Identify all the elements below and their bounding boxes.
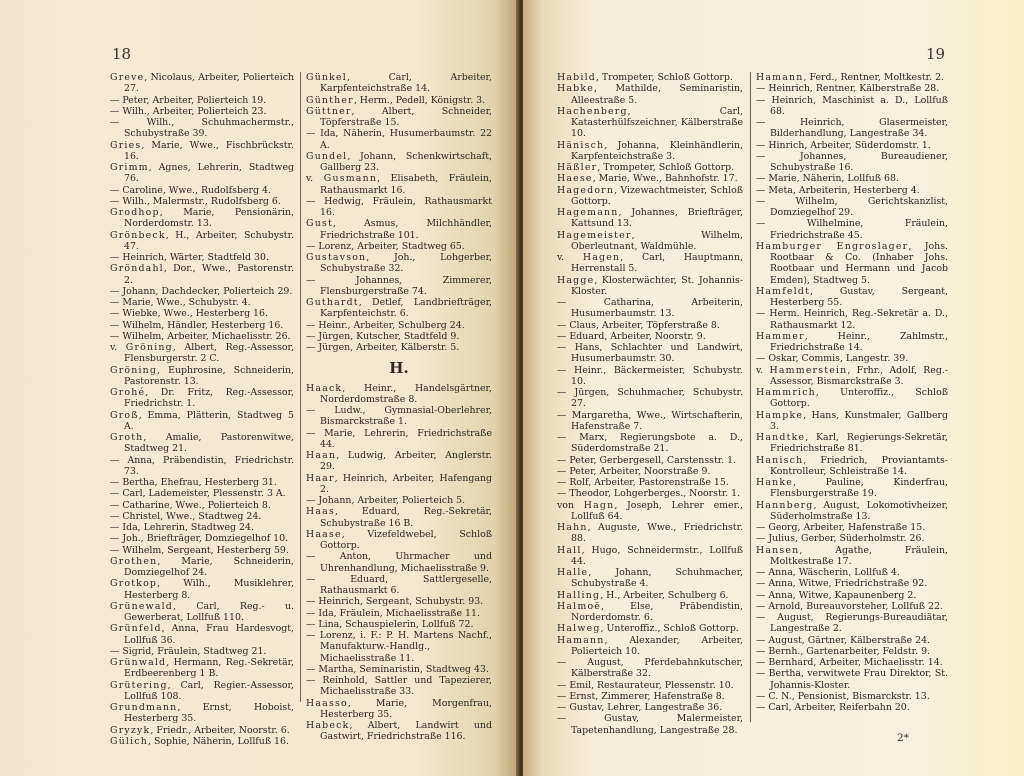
directory-entry: — Eduard, Arbeiter, Noorstr. 9.	[557, 331, 743, 342]
surname: Grönbeck	[110, 230, 166, 241]
directory-entry: — Oskar, Commis, Langestr. 39.	[756, 353, 948, 364]
directory-entry: — Hans, Schlachter und Landwirt, Husumer…	[557, 342, 743, 365]
surname: Hagge	[557, 275, 594, 286]
entry-details: Wilhelm, Sergeant, Hesterberg 59.	[122, 545, 289, 556]
directory-entry: — August, Pferdebahnkutscher, Kälberstra…	[557, 657, 743, 680]
repeat-dash: —	[756, 702, 768, 713]
signature-mark: 2*	[897, 732, 909, 744]
surname: Gryzyk	[110, 725, 150, 736]
surname: Haese	[557, 173, 593, 184]
directory-entry: Hamann, Ferd., Rentner, Moltkestr. 2.	[756, 72, 948, 83]
repeat-dash: —	[756, 173, 768, 184]
directory-entry: — Bertha, verwitwete Frau Direktor, St. …	[756, 668, 948, 691]
surname: Gries	[110, 140, 141, 151]
directory-entry: — Wilhelm, Händler, Hesterberg 16.	[110, 320, 294, 331]
surname: Handtke	[756, 432, 805, 443]
repeat-dash: —	[756, 668, 769, 679]
directory-entry: — Anna, Witwe, Friedrichstraße 92.	[756, 578, 948, 589]
directory-entry: Haan, Ludwig, Arbeiter, Anglerstr. 29.	[306, 450, 492, 473]
directory-entry: Haas, Eduard, Reg.-Sekretär, Schubystraß…	[306, 506, 492, 529]
surname: Hamann	[756, 72, 804, 83]
directory-entry: Grünewald, Carl, Reg.- u. Gewerberat, Lo…	[110, 601, 294, 624]
surname: Hammerstein	[769, 365, 847, 376]
surname: Hahn	[557, 522, 588, 533]
entry-details: Heinrich, Rentner, Kälberstraße 28.	[768, 83, 939, 94]
surname: Grütering	[110, 680, 168, 691]
surname: Hall	[557, 545, 582, 556]
repeat-dash: —	[756, 218, 807, 229]
directory-entry: — Ludw., Gymnasial-Oberlehrer, Bismarcks…	[306, 405, 492, 428]
repeat-dash: —	[756, 533, 768, 544]
repeat-dash: —	[306, 128, 320, 139]
directory-entry: — Wilhelm, Sergeant, Hesterberg 59.	[110, 545, 294, 556]
repeat-dash: —	[756, 646, 768, 657]
directory-entry: Grimm, Agnes, Lehrerin, Stadtweg 76.	[110, 162, 294, 185]
repeat-dash: —	[306, 664, 318, 675]
directory-entry: Gustavson, Joh., Lohgerber, Schubystraße…	[306, 252, 492, 275]
entry-details: Rolf, Arbeiter, Pastorenstraße 15.	[569, 477, 728, 488]
directory-entry: v. Hagen, Carl, Hauptmann, Herrenstall 5…	[557, 252, 743, 275]
entry-details: Hinrich, Arbeiter, Süderdomstr. 1.	[768, 140, 930, 151]
repeat-dash: —	[756, 590, 768, 601]
repeat-dash: —	[306, 574, 350, 585]
directory-entry: — Wilh., Malermstr., Rudolfsberg 6.	[110, 196, 294, 207]
directory-entry: Groth, Amalie, Pastorenwitwe, Stadtweg 2…	[110, 432, 294, 455]
directory-entry: Habild, Trompeter, Schloß Gottorp.	[557, 72, 743, 83]
repeat-dash: —	[557, 657, 587, 668]
surname: Hampke	[756, 410, 803, 421]
directory-entry: — Anton, Uhrmacher und Uhrenhandlung, Mi…	[306, 551, 492, 574]
entry-details: Heinrich, Wärter, Stadtfeld 30.	[122, 252, 269, 263]
entry-details: Claus, Arbeiter, Töpferstraße 8.	[569, 320, 720, 331]
entry-details: Oskar, Commis, Langestr. 39.	[768, 353, 908, 364]
surname: Grünwald	[110, 657, 166, 668]
surname: Haasso	[306, 698, 348, 709]
directory-entry: Hamann, Alexander, Arbeiter, Polierteich…	[557, 635, 743, 658]
entry-details: August, Pferdebahnkutscher, Kälberstraße…	[571, 657, 743, 679]
repeat-dash: —	[557, 387, 574, 398]
entry-details: Marx, Regierungsbote a. D., Süderdomstra…	[571, 432, 743, 454]
directory-entry: — Rolf, Arbeiter, Pastorenstraße 15.	[557, 477, 743, 488]
entry-details: Reinhold, Sattler und Tapezierer, Michae…	[320, 675, 492, 697]
surname: Hamfeldt	[756, 286, 810, 297]
directory-entry: — Heinrich, Wärter, Stadtfeld 30.	[110, 252, 294, 263]
surname: Hansen	[756, 545, 799, 556]
surname: Haack	[306, 383, 342, 394]
directory-entry: — Ida, Fräulein, Michaelisstraße 11.	[306, 608, 492, 619]
left-page: 18 Greve, Nicolaus, Arbeiter, Polierteic…	[0, 0, 520, 776]
directory-entry: Grohé, Dr. Fritz, Reg.-Assessor, Friedri…	[110, 387, 294, 410]
directory-entry: — Marie, Wwe., Schubystr. 4.	[110, 297, 294, 308]
entry-details: , Trompeter, Schloß Gottorp.	[596, 72, 733, 83]
surname: Grothen	[110, 556, 157, 567]
entry-details: , Sophie, Näherin, Lollfuß 16.	[148, 736, 289, 747]
directory-entry: — Christel, Wwe., Stadtweg 24.	[110, 511, 294, 522]
surname: Hagemeister	[557, 230, 632, 241]
entry-details: Anna, Witwe, Kapaunenberg 2.	[768, 590, 916, 601]
entry-details: Wilh., Arbeiter, Polierteich 23.	[122, 106, 266, 117]
entry-details: Herm. Heinrich, Reg.-Sekretär a. D., Rat…	[769, 308, 948, 330]
repeat-dash: —	[557, 432, 579, 443]
directory-entry: Grünwald, Hermann, Reg.-Sekretär, Erdbee…	[110, 657, 294, 680]
directory-entry: — Marie, Lehrerin, Friedrichstraße 44.	[306, 428, 492, 451]
directory-entry: Hamburger Engroslager, Johs. Rootbaar & …	[756, 241, 948, 286]
directory-entry: — Wilh., Arbeiter, Polierteich 23.	[110, 106, 294, 117]
directory-entry: — Anna, Präbendistin, Friedrichstr. 73.	[110, 455, 294, 478]
entry-details: , Hugo, Schneidermstr., Lollfuß 44.	[571, 545, 743, 567]
directory-entry: — Jürgen, Arbeiter, Kälberstr. 5.	[306, 342, 492, 353]
directory-entry: Haack, Heinr., Handelsgärtner, Norderdom…	[306, 383, 492, 406]
directory-entry: — Georg, Arbeiter, Hafenstraße 15.	[756, 522, 948, 533]
directory-entry: — Ida, Lehrerin, Stadtweg 24.	[110, 522, 294, 533]
directory-entry: — Lorenz, i. F.: P. H. Martens Nachf., M…	[306, 630, 492, 664]
left-page-column-1: Greve, Nicolaus, Arbeiter, Polierteich 2…	[110, 72, 294, 747]
repeat-dash: —	[110, 500, 122, 511]
repeat-dash: —	[110, 331, 122, 342]
surname: Hanisch	[756, 455, 803, 466]
entry-details: , Friedr., Arbeiter, Noorstr. 6.	[150, 725, 289, 736]
directory-entry: — Johann, Dachdecker, Polierteich 29.	[110, 286, 294, 297]
repeat-dash: —	[756, 95, 772, 106]
column-divider	[750, 72, 751, 722]
directory-entry: — Hinrich, Arbeiter, Süderdomstr. 1.	[756, 140, 948, 151]
repeat-dash: —	[306, 428, 324, 439]
entry-details: , Unteroffiz., Schloß Gottorp.	[601, 623, 739, 634]
surname: Hammer	[756, 331, 805, 342]
repeat-dash: —	[306, 320, 318, 331]
directory-entry: — Ida, Näherin, Husumerbaumstr. 22 A.	[306, 128, 492, 151]
directory-entry: — Anna, Wäscherin, Lollfuß 4.	[756, 567, 948, 578]
surname: Gust	[306, 218, 333, 229]
repeat-dash: —	[756, 612, 777, 623]
directory-entry: Häßler, Trompeter, Schloß Gottorp.	[557, 162, 743, 173]
repeat-dash: —	[756, 635, 768, 646]
directory-entry: Halle, Johann, Schuhmacher, Schubystraße…	[557, 567, 743, 590]
repeat-dash: —	[557, 410, 572, 421]
repeat-dash: —	[110, 646, 122, 657]
surname: Halling	[557, 590, 600, 601]
repeat-dash: —	[557, 680, 569, 691]
directory-entry: Gundel, Johann, Schenkwirtschaft, Gallbe…	[306, 151, 492, 174]
directory-entry: Gryzyk, Friedr., Arbeiter, Noorstr. 6.	[110, 725, 294, 736]
name-prefix: v.	[306, 173, 324, 184]
directory-entry: — Wilhelm, Arbeiter, Michaelisstr. 26.	[110, 331, 294, 342]
entry-details: , Nicolaus, Arbeiter, Polierteich 27.	[124, 72, 294, 94]
directory-entry: — Heinrich, Sergeant, Schubystr. 93.	[306, 596, 492, 607]
directory-entry: Hall, Hugo, Schneidermstr., Lollfuß 44.	[557, 545, 743, 568]
entry-details: Sigrid, Fräulein, Stadtweg 21.	[122, 646, 266, 657]
surname: Hamburger Engroslager	[756, 241, 908, 252]
directory-entry: Hagge, Klosterwächter, St. Johannis-Klos…	[557, 275, 743, 298]
directory-entry: — Marx, Regierungsbote a. D., Süderdomst…	[557, 432, 743, 455]
directory-entry: Grünfeld, Anna, Frau Hardesvogt, Lollfuß…	[110, 623, 294, 646]
directory-entry: — Catharina, Arbeiterin, Husumerbaumstr.…	[557, 297, 743, 320]
directory-entry: v. Gusmann, Elisabeth, Fräulein, Rathaus…	[306, 173, 492, 196]
entry-details: Anna, Wäscherin, Lollfuß 4.	[768, 567, 900, 578]
directory-entry: v. Hammerstein, Frhr., Adolf, Reg.-Asses…	[756, 365, 948, 388]
directory-entry: — Heinr., Bäckermeister, Schubystr. 10.	[557, 365, 743, 388]
entry-details: Ernst, Zimmerer, Hafenstraße 8.	[569, 691, 724, 702]
repeat-dash: —	[756, 196, 796, 207]
entry-details: Jürgen, Schuhmacher, Schubystr. 27.	[571, 387, 743, 409]
entry-details: Ida, Fräulein, Michaelisstraße 11.	[318, 608, 480, 619]
directory-entry: Hammrich, Unteroffiz., Schloß Gottorp.	[756, 387, 948, 410]
repeat-dash: —	[306, 275, 356, 286]
repeat-dash: —	[557, 713, 604, 724]
directory-entry: — Wilhelmine, Fräulein, Friedrichstraße …	[756, 218, 948, 241]
directory-entry: Hagemann, Johannes, Briefträger, Kattsun…	[557, 207, 743, 230]
entry-details: Marie, Lehrerin, Friedrichstraße 44.	[320, 428, 492, 450]
directory-entry: Haese, Marie, Wwe., Bahnhofstr. 17.	[557, 173, 743, 184]
directory-entry: Grothen, Marie, Schneiderin, Domziegelho…	[110, 556, 294, 579]
entry-details: Jürgen, Arbeiter, Kälberstr. 5.	[318, 342, 459, 353]
entry-details: , Johann, Schuhmacher, Schubystraße 4.	[571, 567, 743, 589]
entry-details: Theodor, Lohgerberges., Noorstr. 1.	[569, 488, 740, 499]
surname: Halmoë	[557, 601, 601, 612]
surname: Haar	[306, 473, 335, 484]
surname: Hänisch	[557, 140, 604, 151]
entry-details: Carl, Lademeister, Plessenstr. 3 A.	[122, 488, 285, 499]
surname: Haan	[306, 450, 336, 461]
surname: Habild	[557, 72, 596, 83]
entry-details: , Emma, Plätterin, Stadtweg 5 A.	[124, 410, 294, 432]
section-heading: H.	[306, 363, 492, 374]
entry-details: August, Regierungs-Bureaudiätar, Langest…	[770, 612, 948, 634]
directory-entry: — Marie, Näherin, Lollfuß 68.	[756, 173, 948, 184]
directory-entry: — Peter, Arbeiter, Polierteich 19.	[110, 95, 294, 106]
directory-entry: — Emil, Restaurateur, Plessenstr. 10.	[557, 680, 743, 691]
entry-details: Margaretha, Wwe., Wirtschafterin, Hafens…	[571, 410, 743, 432]
surname: Guthardt	[306, 297, 359, 308]
entry-details: Bernhard, Arbeiter, Michaelisstr. 14.	[768, 657, 942, 668]
entry-details: Heinrich, Maschinist a. D., Lollfuß 68.	[770, 95, 948, 117]
repeat-dash: —	[306, 495, 318, 506]
surname: Hammrich	[756, 387, 816, 398]
directory-entry: — Eduard, Sattlergeselle, Rathausmarkt 6…	[306, 574, 492, 597]
directory-entry: v. Gröning, Albert, Reg.-Assessor, Flens…	[110, 342, 294, 365]
entry-details: Wiebke, Wwe., Hesterberg 16.	[122, 308, 268, 319]
repeat-dash: —	[306, 241, 318, 252]
entry-details: , Ferd., Rentner, Moltkestr. 2.	[804, 72, 945, 83]
entry-details: Heinr., Bäckermeister, Schubystr. 10.	[571, 365, 743, 387]
directory-entry: Haar, Heinrich, Arbeiter, Hafengang 2.	[306, 473, 492, 496]
surname: Habeck	[306, 720, 349, 731]
directory-entry: — Caroline, Wwe., Rudolfsberg 4.	[110, 185, 294, 196]
repeat-dash: —	[110, 533, 122, 544]
directory-entry: Gröning, Euphrosine, Schneiderin, Pastor…	[110, 365, 294, 388]
entry-details: , Marie, Wwe., Fischbrückstr. 16.	[124, 140, 294, 162]
entry-details: Arnold, Bureauvorsteher, Lollfuß 22.	[768, 601, 943, 612]
entry-details: Marie, Wwe., Schubystr. 4.	[122, 297, 250, 308]
repeat-dash: —	[306, 405, 334, 416]
page-number-right: 19	[926, 45, 945, 63]
directory-entry: Handtke, Karl, Regierungs-Sekretär, Frie…	[756, 432, 948, 455]
entry-details: Jürgen, Kutscher, Stadtfeld 9.	[318, 331, 459, 342]
directory-entry: von Hagn, Joseph, Lehrer emer., Lollfuß …	[557, 500, 743, 523]
directory-entry: Grundmann, Ernst, Hoboist, Hesterberg 35…	[110, 702, 294, 725]
entry-details: Emil, Restaurateur, Plessenstr. 10.	[569, 680, 733, 691]
entry-details: , Agnes, Lehrerin, Stadtweg 76.	[124, 162, 294, 184]
entry-details: Catharine, Wwe., Polierteich 8.	[122, 500, 270, 511]
entry-details: Christel, Wwe., Stadtweg 24.	[122, 511, 261, 522]
surname: Hagn	[584, 500, 615, 511]
repeat-dash: —	[756, 657, 768, 668]
entry-details: Heinrich, Sergeant, Schubystr. 93.	[318, 596, 483, 607]
entry-details: Anna, Präbendistin, Friedrichstr. 73.	[124, 455, 294, 477]
repeat-dash: —	[756, 140, 768, 151]
directory-entry: — Claus, Arbeiter, Töpferstraße 8.	[557, 320, 743, 331]
surname: Hachenberg	[557, 106, 628, 117]
surname: Grünfeld	[110, 623, 162, 634]
entry-details: C. N., Pensionist, Bismarckstr. 13.	[768, 691, 929, 702]
entry-details: , Asmus, Milchhändler, Friedrichstraße 1…	[320, 218, 492, 240]
repeat-dash: —	[756, 578, 768, 589]
directory-entry: Hänisch, Johanna, Kleinhändlerin, Karpfe…	[557, 140, 743, 163]
repeat-dash: —	[306, 196, 324, 207]
directory-entry: Halling, H., Arbeiter, Schulberg 6.	[557, 590, 743, 601]
entry-details: Bertha, Ehefrau, Hesterberg 31.	[122, 477, 277, 488]
repeat-dash: —	[110, 117, 147, 128]
entry-details: Peter, Arbeiter, Noorstraße 9.	[569, 466, 710, 477]
entry-details: August, Gärtner, Kälberstraße 24.	[768, 635, 930, 646]
surname: Grotkop	[110, 578, 157, 589]
directory-entry: — Heinr., Arbeiter, Schulberg 24.	[306, 320, 492, 331]
directory-entry: Grönbeck, H., Arbeiter, Schubystr. 47.	[110, 230, 294, 253]
directory-entry: — Joh., Briefträger, Domziegelhof 10.	[110, 533, 294, 544]
right-page-column-2: Hamann, Ferd., Rentner, Moltkestr. 2.— H…	[756, 72, 948, 713]
repeat-dash: —	[557, 702, 569, 713]
repeat-dash: —	[756, 567, 768, 578]
directory-entry: Habeck, Albert, Landwirt und Gastwirt, F…	[306, 720, 492, 743]
entry-details: Joh., Briefträger, Domziegelhof 10.	[122, 533, 288, 544]
surname: Grimm	[110, 162, 149, 173]
entry-details: Peter, Arbeiter, Polierteich 19.	[122, 95, 266, 106]
directory-entry: — Heinrich, Maschinist a. D., Lollfuß 68…	[756, 95, 948, 118]
surname: Habke	[557, 83, 594, 94]
directory-entry: Hagemeister, Wilhelm, Oberleutnant, Wald…	[557, 230, 743, 253]
directory-entry: — August, Regierungs-Bureaudiätar, Lange…	[756, 612, 948, 635]
directory-entry: Hachenberg, Carl, Katasterhülfszeichner,…	[557, 106, 743, 140]
directory-entry: Hansen, Agathe, Fräulein, Moltkestraße 1…	[756, 545, 948, 568]
repeat-dash: —	[557, 477, 569, 488]
directory-entry: — Wilhelm, Gerichtskanzlist, Domziegelho…	[756, 196, 948, 219]
surname: Groß	[110, 410, 139, 421]
surname: Greve	[110, 72, 144, 83]
entry-details: Eduard, Arbeiter, Noorstr. 9.	[569, 331, 705, 342]
repeat-dash: —	[306, 619, 318, 630]
page-number-left: 18	[112, 45, 131, 63]
repeat-dash: —	[306, 331, 318, 342]
entry-details: Meta, Arbeiterin, Hesterberg 4.	[768, 185, 919, 196]
directory-entry: Halweg, Unteroffiz., Schloß Gottorp.	[557, 623, 743, 634]
surname: Grünewald	[110, 601, 173, 612]
repeat-dash: —	[306, 342, 318, 353]
repeat-dash: —	[306, 608, 318, 619]
directory-entry: Günther, Herm., Pedell, Königstr. 3.	[306, 95, 492, 106]
directory-entry: Günkel, Carl, Arbeiter, Karpfenteichstra…	[306, 72, 492, 95]
directory-entry: — Anna, Witwe, Kapaunenberg 2.	[756, 590, 948, 601]
directory-entry: — Wilh., Schuhmachermstr., Schubystraße …	[110, 117, 294, 140]
surname: Gröning	[126, 342, 173, 353]
surname: Gülich	[110, 736, 148, 747]
repeat-dash: —	[756, 601, 768, 612]
directory-entry: — C. N., Pensionist, Bismarckstr. 13.	[756, 691, 948, 702]
directory-entry: — Johann, Arbeiter, Polierteich 5.	[306, 495, 492, 506]
entry-details: , Vizefeldwebel, Schloß Gottorp.	[320, 529, 492, 551]
entry-details: Anna, Witwe, Friedrichstraße 92.	[768, 578, 927, 589]
directory-entry: — Julius, Gerber, Süderholmstr. 26.	[756, 533, 948, 544]
directory-entry: — Carl, Lademeister, Plessenstr. 3 A.	[110, 488, 294, 499]
repeat-dash: —	[557, 365, 574, 376]
directory-entry: — Margaretha, Wwe., Wirtschafterin, Hafe…	[557, 410, 743, 433]
directory-entry: — Carl, Arbeiter, Reiferbahn 20.	[756, 702, 948, 713]
repeat-dash: —	[110, 106, 122, 117]
repeat-dash: —	[306, 630, 320, 641]
directory-entry: — Wiebke, Wwe., Hesterberg 16.	[110, 308, 294, 319]
surname: Güttner	[306, 106, 352, 117]
repeat-dash: —	[110, 95, 122, 106]
entry-details: Wilh., Malermstr., Rudolfsberg 6.	[122, 196, 281, 207]
entry-details: Bernh., Gartenarbeiter, Feldstr. 9.	[768, 646, 930, 657]
repeat-dash: —	[557, 331, 569, 342]
entry-details: Gustav, Lehrer, Langestraße 36.	[569, 702, 722, 713]
entry-details: Bertha, verwitwete Frau Direktor, St. Jo…	[769, 668, 948, 690]
repeat-dash: —	[756, 117, 800, 128]
repeat-dash: —	[110, 185, 122, 196]
repeat-dash: —	[756, 522, 768, 533]
repeat-dash: —	[557, 455, 569, 466]
book-spread: 18 Greve, Nicolaus, Arbeiter, Polierteic…	[0, 0, 1024, 776]
directory-entry: — Johannes, Bureaudiener, Schubystraße 1…	[756, 151, 948, 174]
repeat-dash: —	[110, 196, 122, 207]
directory-entry: — Catharine, Wwe., Polierteich 8.	[110, 500, 294, 511]
directory-entry: — Jürgen, Kutscher, Stadtfeld 9.	[306, 331, 492, 342]
surname: Günther	[306, 95, 354, 106]
surname: Grundmann	[110, 702, 177, 713]
directory-entry: Grotkop, Wilh., Musiklehrer, Hesterberg …	[110, 578, 294, 601]
directory-entry: Grodhop, Marie, Pensionärin, Norderdomst…	[110, 207, 294, 230]
directory-entry: Hampke, Hans, Kunstmaler, Gallberg 3.	[756, 410, 948, 433]
directory-entry: — Bernhard, Arbeiter, Michaelisstr. 14.	[756, 657, 948, 668]
surname: Hanke	[756, 477, 793, 488]
directory-entry: Hannberg, August, Lokomotivheizer, Süder…	[756, 500, 948, 523]
repeat-dash: —	[110, 308, 122, 319]
entry-details: Heinr., Arbeiter, Schulberg 24.	[318, 320, 464, 331]
repeat-dash: —	[557, 488, 569, 499]
entry-details: Georg, Arbeiter, Hafenstraße 15.	[768, 522, 925, 533]
left-page-column-2: Günkel, Carl, Arbeiter, Karpfenteichstra…	[306, 72, 492, 743]
entry-details: Julius, Gerber, Süderholmstr. 26.	[768, 533, 924, 544]
repeat-dash: —	[110, 488, 122, 499]
repeat-dash: —	[557, 691, 569, 702]
surname: Gröning	[110, 365, 157, 376]
repeat-dash: —	[557, 466, 569, 477]
entry-details: Lina, Schauspielerin, Lollfuß 72.	[318, 619, 473, 630]
entry-details: , H., Arbeiter, Schulberg 6.	[600, 590, 728, 601]
entry-details: , Ludwig, Arbeiter, Anglerstr. 29.	[320, 450, 492, 472]
directory-entry: Gust, Asmus, Milchhändler, Friedrichstra…	[306, 218, 492, 241]
directory-entry: Haasso, Marie, Morgenfrau, Hesterberg 35…	[306, 698, 492, 721]
entry-details: Martha, Seminaristin, Stadtweg 43.	[318, 664, 489, 675]
entry-details: Peter, Gerbergesell, Carstensstr. 1.	[569, 455, 736, 466]
repeat-dash: —	[756, 185, 768, 196]
directory-entry: — Hedwig, Fräulein, Rathausmarkt 16.	[306, 196, 492, 219]
right-page-column-1: Habild, Trompeter, Schloß Gottorp.Habke,…	[557, 72, 743, 736]
surname: Gustavson	[306, 252, 366, 263]
repeat-dash: —	[110, 522, 122, 533]
surname: Hagedorn	[557, 185, 614, 196]
directory-entry: Guthardt, Detlef, Landbriefträger, Karpf…	[306, 297, 492, 320]
